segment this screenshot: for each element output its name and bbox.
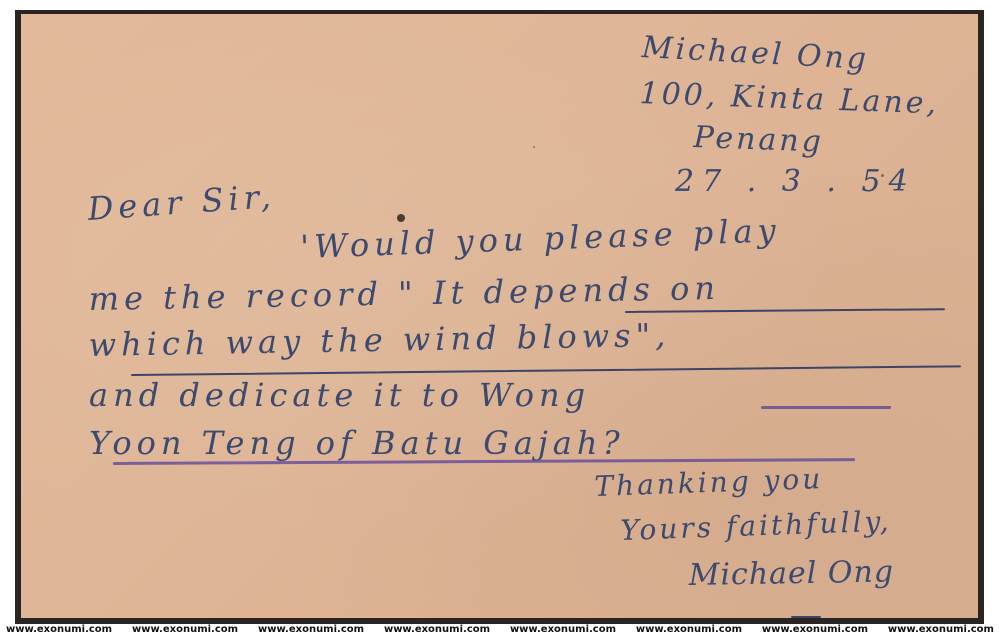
closing-yours-faithfully: Yours faithfully,: [620, 505, 892, 547]
closing-thanking-you: Thanking you: [594, 462, 824, 503]
watermark-text: www.exonumi.com: [636, 624, 742, 635]
letter-line-4: and dedicate it to Wong: [89, 376, 590, 414]
watermark-text: www.exonumi.com: [132, 624, 238, 635]
underline-wong: [761, 406, 891, 409]
watermark-text: www.exonumi.com: [888, 624, 994, 635]
watermark-text: www.exonumi.com: [6, 624, 112, 635]
ink-speck: [533, 146, 535, 148]
sender-street: 100, Kinta Lane,: [639, 76, 940, 121]
postcard: Michael Ong 100, Kinta Lane, Penang 27 .…: [21, 14, 978, 618]
letter-line-1: 'Would you please play: [300, 211, 782, 266]
signature-dash: [791, 616, 821, 618]
letter-line-5: Yoon Teng of Batu Gajah?: [89, 424, 625, 462]
sender-name: Michael Ong: [641, 30, 870, 77]
watermark-text: www.exonumi.com: [510, 624, 616, 635]
letter-line-3: which way the wind blows",: [88, 316, 670, 364]
sender-city: Penang: [693, 120, 824, 160]
watermark-text: www.exonumi.com: [258, 624, 364, 635]
signature: Michael Ong: [688, 554, 894, 593]
underline-which-way-the-wind-blows: [131, 365, 961, 376]
watermark-text: www.exonumi.com: [384, 624, 490, 635]
underline-it-depends-on: [625, 308, 945, 313]
letter-date: 27 . 3 . 54: [675, 164, 916, 199]
watermark-bar: www.exonumi.com www.exonumi.com www.exon…: [0, 624, 1000, 635]
watermark-text: www.exonumi.com: [762, 624, 868, 635]
salutation: Dear Sir,: [86, 177, 276, 228]
ink-speck: [397, 214, 405, 222]
